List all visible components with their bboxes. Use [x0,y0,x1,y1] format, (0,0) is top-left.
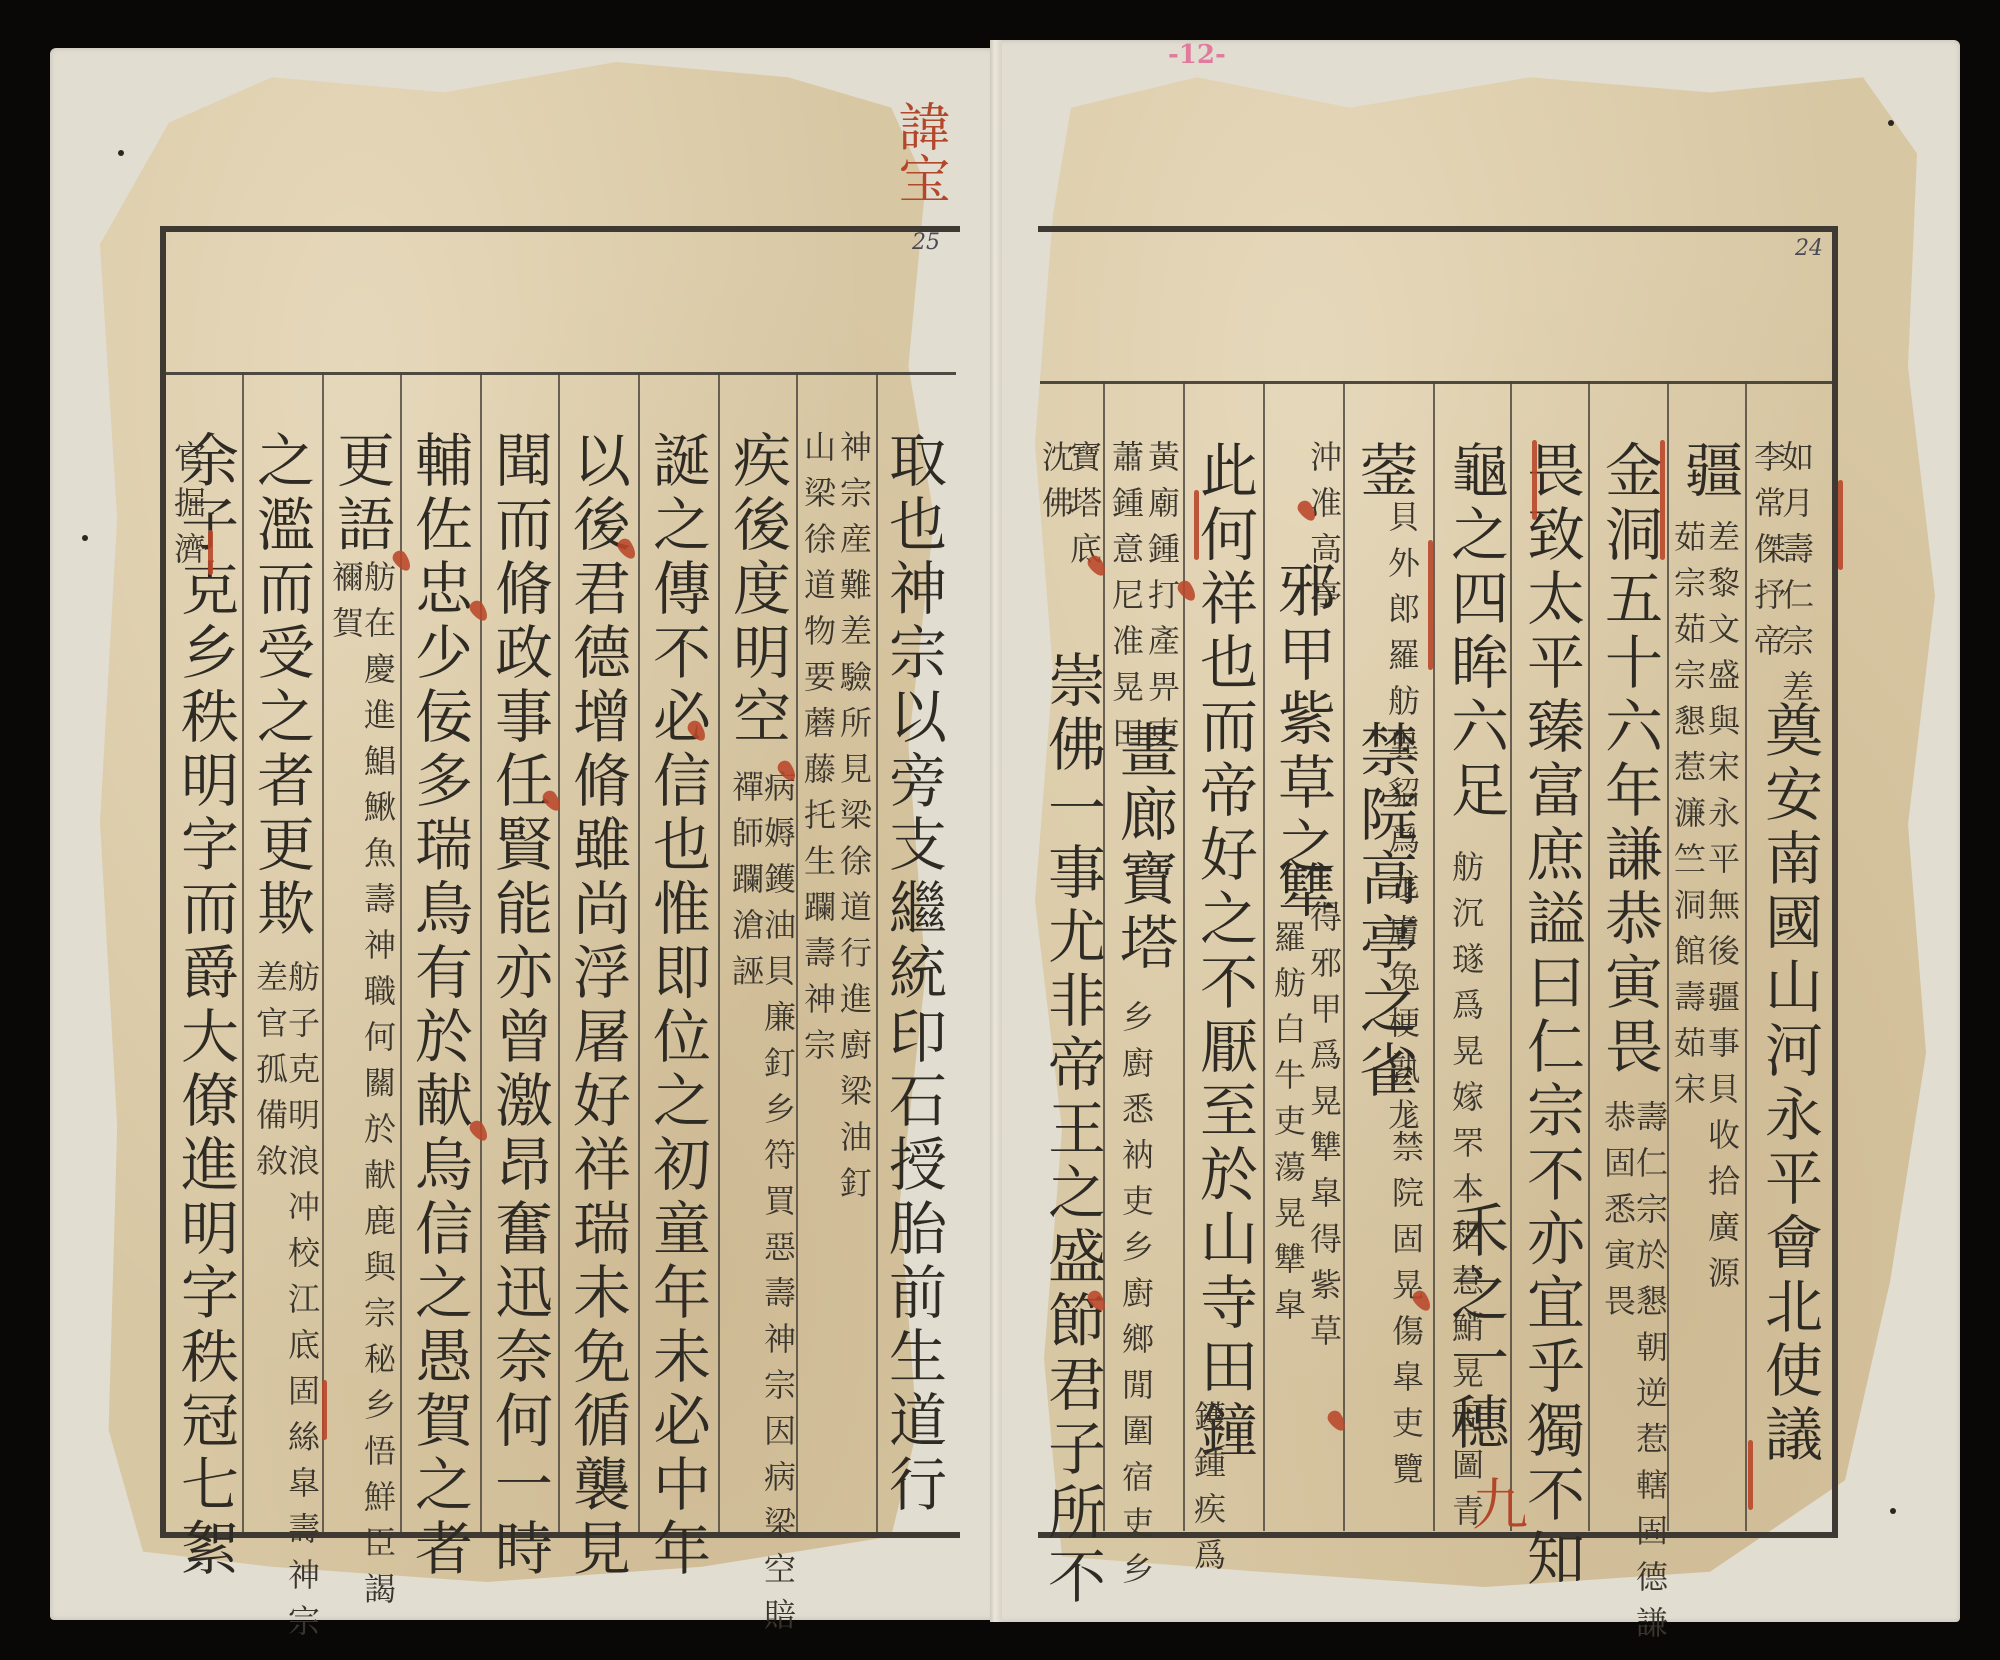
red-proper-noun-mark [1194,490,1199,560]
column-rule [558,372,560,1532]
red-proper-noun-mark [1838,480,1843,570]
column-rule [480,372,482,1532]
commentary-column: 舫子克明浪冲校江底固絲皐壽神宗差官孤備敘 [254,960,318,1660]
commentary-column: 禁院固晃傷皐吏覽 [1390,1130,1422,1498]
red-proper-noun-mark [208,530,213,575]
commentary-column: 沈佛 [1040,440,1072,532]
text-column: 畏致太平臻富庶謚曰仁宗不亦宜乎獨不知 [1522,440,1580,1592]
column-rule [1183,381,1185,1531]
commentary-column: 山梁徐道物要蘑藤托生躝壽神宗 [802,430,834,1074]
margin-annotation: 諱宝 [882,100,957,204]
column-rule [718,372,720,1532]
commentary-column: 壽仁宗於懇朝逆惹轄固德謙恭固悉寅畏 [1602,1100,1666,1660]
commentary-column: 官掘濟 [172,440,204,578]
red-annotation-numeral: 九 [1455,1475,1535,1531]
folio-stamp: -12- [1168,40,1226,70]
commentary-column: 乡廚悉衲吏乡廚鄉閒圍宿吏乡 [1120,1000,1152,1598]
text-column: 疾後度明空 [728,430,786,750]
red-proper-noun-mark [1660,440,1665,560]
column-rule [876,372,878,1532]
column-rule [400,372,402,1532]
binding-hole [1888,120,1894,126]
text-column: 邪甲紫草之 [1273,560,1331,880]
red-proper-noun-mark [1428,540,1433,670]
column-rule [242,372,244,1532]
text-column: 龜之四眸六足 [1446,440,1504,824]
text-column: 更語 [332,430,390,558]
text-column: 奠安南國山河永平會北使議 [1760,700,1818,1468]
commentary-column: 舫在慶進鯧鰍魚壽神職何關於献鹿與宗秘乡悟鮮臣謁禰賀 [330,560,394,1660]
text-column: 誕之傳不必信也惟即位之初童年未必中年 [648,430,706,1582]
commentary-column: 得邪甲爲晃犨皐得紫草 [1308,900,1340,1360]
text-column: 禁院高亭之雀 [1355,720,1413,1104]
red-proper-noun-mark [1532,440,1537,520]
column-rule [322,372,324,1532]
page-number-right: 24 [1795,236,1823,261]
text-column: 取也神宗以旁支繼統印石授胎前生道行 [884,430,942,1518]
column-rule [1343,381,1345,1531]
text-column: 禾之一穗 [1446,1200,1504,1456]
text-column: 以後君德增脩雖尚浮屠好祥瑞未免循襲見 [568,430,626,1582]
column-rule [1433,381,1435,1531]
header-rule-left [166,372,956,375]
text-column: 聞而脩政事任賢能亦曾激昂奮迅奈何一時 [490,430,548,1582]
column-rule [1588,381,1590,1531]
red-proper-noun-mark [1748,1440,1753,1510]
text-column: 疆 [1680,440,1738,504]
column-rule [1510,381,1512,1531]
column-rule [1745,381,1747,1531]
text-column: 蓥 [1355,440,1413,504]
commentary-column: 黃廟鍾打產畀吏 [1146,440,1178,762]
binding-hole [1890,1508,1896,1514]
text-column: 崇佛一事尤非帝王之盛節君子所不 [1043,650,1101,1610]
column-rule [1263,381,1265,1531]
binding-hole [82,535,88,541]
red-proper-noun-mark [322,1380,327,1440]
commentary-column: 差黎文盛與宋永平無後疆事貝收拾廣源 [1706,520,1738,1302]
text-column: 余子克乡秩明字而爵大僚進明字秩冠七絮 [176,430,234,1582]
text-column: 之濫而受之者更欺 [252,430,310,942]
column-rule [638,372,640,1532]
header-rule-right [1040,381,1832,384]
text-column: 此何祥也而帝好之不厭至於山寺田鐘 [1195,440,1253,1464]
text-column: 犨 [1273,860,1331,924]
commentary-column: 李常傑抒帝 [1752,440,1784,670]
text-column: 輔佐忠少佞多瑞鳥有於献烏信之愚賀之者 [410,430,468,1582]
binding-hole [118,150,124,156]
commentary-column: 神宗産難差驗所見梁徐道行進廚梁油釘 [838,430,870,1212]
commentary-column: 病媷鑊油貝廉釘乡符買惡壽神宗因病梁空賠禪師躝滄誣 [730,770,794,1660]
commentary-column: 茹宗茹宗懇惹濂竺洞館壽茹宋 [1672,520,1704,1118]
commentary-column: 蕭鍾意尼准晃田 [1110,440,1142,762]
center-fold [990,40,1002,1622]
text-column: 畫廊寶塔 [1115,720,1173,976]
page-number-left: 25 [912,230,940,255]
commentary-column: 鑊鍾疾爲 [1192,1400,1224,1584]
commentary-column: 羅舫白牛吏蕩晃犨皐 [1272,920,1304,1334]
text-column: 金洞五十六年謙恭寅畏 [1600,440,1658,1080]
